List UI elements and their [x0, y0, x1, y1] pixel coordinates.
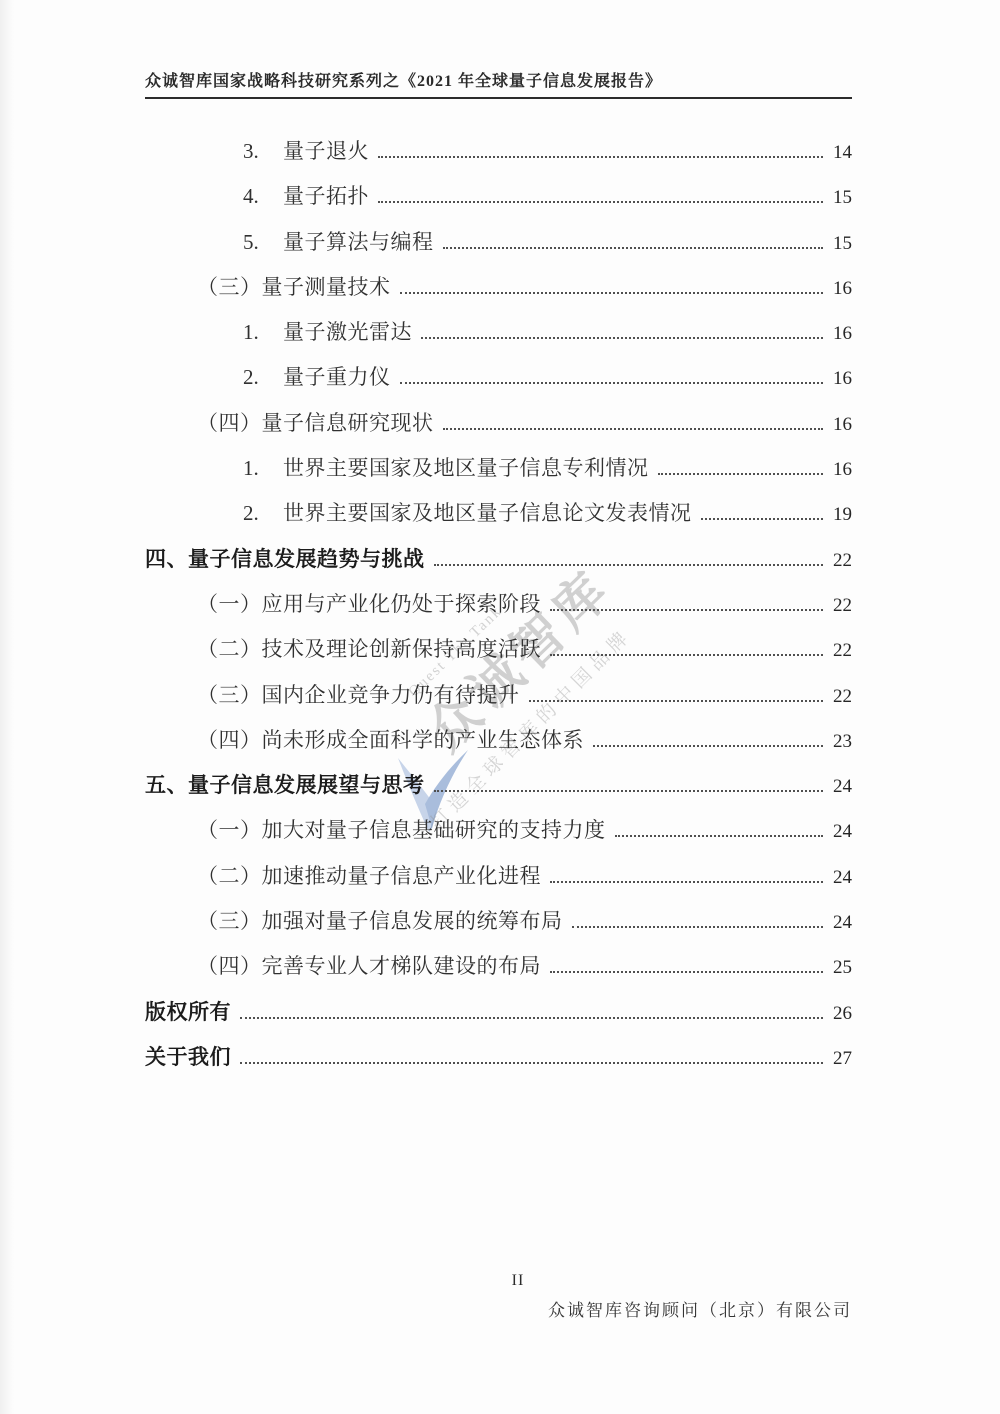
- toc-entry-page: 16: [826, 356, 852, 401]
- toc-entry-label: （四）完善专业人才梯队建设的布局: [197, 944, 541, 989]
- toc-leader-dots: [550, 881, 823, 883]
- toc-leader-dots: [421, 337, 823, 339]
- toc-entry-label: 量子重力仪: [283, 355, 391, 400]
- toc-entry: 五、量子信息发展展望与思考 24: [145, 763, 852, 808]
- toc-entry-page: 25: [826, 945, 852, 990]
- toc-entry-page: 23: [826, 719, 852, 764]
- toc-entry-number: 1.: [243, 446, 283, 491]
- toc-entry-page: 16: [826, 266, 852, 311]
- toc-entry-label: 世界主要国家及地区量子信息专利情况: [283, 446, 649, 491]
- page-header: 众诚智库国家战略科技研究系列之《2021 年全球量子信息发展报告》: [145, 68, 852, 99]
- toc-entry: 四、量子信息发展趋势与挑战 22: [145, 537, 852, 582]
- toc-leader-dots: [400, 382, 824, 384]
- toc-entry: （三）量子测量技术 16: [145, 265, 852, 310]
- toc-entry-label: 五、量子信息发展展望与思考: [145, 763, 425, 808]
- toc-leader-dots: [658, 473, 824, 475]
- toc-entry: 版权所有 26: [145, 990, 852, 1035]
- toc-leader-dots: [240, 1017, 823, 1019]
- toc-entry-number: 3.: [243, 129, 283, 174]
- toc-entry-number: 2.: [243, 355, 283, 400]
- toc-leader-dots: [443, 428, 824, 430]
- toc-entry: 1. 世界主要国家及地区量子信息专利情况 16: [145, 446, 852, 491]
- toc-entry-label: 量子算法与编程: [283, 220, 434, 265]
- toc-entry-page: 27: [826, 1036, 852, 1081]
- toc-entry-page: 24: [826, 900, 852, 945]
- toc-entry-number: 4.: [243, 174, 283, 219]
- toc-leader-dots: [701, 518, 824, 520]
- toc-entry-page: 14: [826, 130, 852, 175]
- toc-entry: 5. 量子算法与编程 15: [145, 220, 852, 265]
- toc-entry-label: （四）量子信息研究现状: [197, 401, 434, 446]
- toc-leader-dots: [378, 201, 823, 203]
- toc-entry-page: 16: [826, 402, 852, 447]
- toc-entry-label: （二）加速推动量子信息产业化进程: [197, 854, 541, 899]
- toc-entry-number: 5.: [243, 220, 283, 265]
- toc-entry-label: 版权所有: [145, 990, 231, 1035]
- toc-leader-dots: [434, 564, 824, 566]
- toc-entry-page: 15: [826, 175, 852, 220]
- toc-entry: 2. 世界主要国家及地区量子信息论文发表情况 19: [145, 491, 852, 536]
- toc-entry: （四）完善专业人才梯队建设的布局 25: [145, 944, 852, 989]
- toc-entry-label: （三）加强对量子信息发展的统筹布局: [197, 899, 563, 944]
- toc-leader-dots: [550, 654, 823, 656]
- toc-entry-label: （二）技术及理论创新保持高度活跃: [197, 627, 541, 672]
- toc-entry-page: 15: [826, 221, 852, 266]
- footer-company: 众诚智库咨询顾问（北京）有限公司: [548, 1296, 852, 1321]
- page-number: II: [0, 1272, 1000, 1290]
- toc-entry: （一）应用与产业化仍处于探索阶段 22: [145, 582, 852, 627]
- toc-entry-page: 22: [826, 628, 852, 673]
- table-of-contents: 3. 量子退火 14 4. 量子拓扑 15 5. 量子算法与编程 15 （三）量…: [145, 129, 852, 1080]
- toc-leader-dots: [593, 745, 823, 747]
- toc-entry-number: 1.: [243, 310, 283, 355]
- toc-entry-label: 四、量子信息发展趋势与挑战: [145, 537, 425, 582]
- toc-entry: （三）加强对量子信息发展的统筹布局 24: [145, 899, 852, 944]
- document-page: Quest The Tank 众诚智库 打造全球智库的中国品牌 众诚智库国家战略…: [0, 0, 1000, 1414]
- toc-leader-dots: [378, 156, 823, 158]
- toc-entry-label: （一）加大对量子信息基础研究的支持力度: [197, 808, 606, 853]
- toc-entry: （二）加速推动量子信息产业化进程 24: [145, 854, 852, 899]
- toc-entry-page: 16: [826, 447, 852, 492]
- toc-leader-dots: [240, 1062, 823, 1064]
- toc-entry-label: （三）国内企业竞争力仍有待提升: [197, 673, 520, 718]
- toc-leader-dots: [529, 700, 824, 702]
- toc-leader-dots: [550, 971, 823, 973]
- toc-entry-page: 24: [826, 855, 852, 900]
- toc-entry: （四）量子信息研究现状 16: [145, 401, 852, 446]
- toc-entry: （三）国内企业竞争力仍有待提升 22: [145, 673, 852, 718]
- toc-entry-page: 24: [826, 764, 852, 809]
- toc-leader-dots: [443, 247, 824, 249]
- toc-entry-page: 22: [826, 583, 852, 628]
- toc-entry: （二）技术及理论创新保持高度活跃 22: [145, 627, 852, 672]
- toc-entry-label: （三）量子测量技术: [197, 265, 391, 310]
- header-title: 众诚智库国家战略科技研究系列之《2021 年全球量子信息发展报告》: [145, 68, 852, 91]
- header-rule: [145, 97, 852, 99]
- toc-entry-page: 16: [826, 311, 852, 356]
- toc-leader-dots: [615, 835, 824, 837]
- toc-entry: （四）尚未形成全面科学的产业生态体系 23: [145, 718, 852, 763]
- scan-edge-shading: [0, 0, 14, 1414]
- toc-entry-label: 世界主要国家及地区量子信息论文发表情况: [283, 491, 692, 536]
- toc-entry-label: 量子激光雷达: [283, 310, 412, 355]
- toc-entry: 2. 量子重力仪 16: [145, 355, 852, 400]
- toc-entry: 3. 量子退火 14: [145, 129, 852, 174]
- toc-entry-page: 19: [826, 492, 852, 537]
- toc-entry-label: （四）尚未形成全面科学的产业生态体系: [197, 718, 584, 763]
- toc-leader-dots: [550, 609, 823, 611]
- toc-entry-label: （一）应用与产业化仍处于探索阶段: [197, 582, 541, 627]
- toc-entry-page: 22: [826, 538, 852, 583]
- toc-entry: 1. 量子激光雷达 16: [145, 310, 852, 355]
- toc-entry-number: 2.: [243, 491, 283, 536]
- toc-leader-dots: [434, 790, 824, 792]
- toc-entry-page: 26: [826, 991, 852, 1036]
- toc-entry: 关于我们 27: [145, 1035, 852, 1080]
- toc-entry-page: 24: [826, 809, 852, 854]
- toc-entry-label: 量子拓扑: [283, 174, 369, 219]
- toc-entry-page: 22: [826, 674, 852, 719]
- toc-entry-label: 关于我们: [145, 1035, 231, 1080]
- toc-entry: （一）加大对量子信息基础研究的支持力度 24: [145, 808, 852, 853]
- toc-leader-dots: [572, 926, 824, 928]
- toc-entry: 4. 量子拓扑 15: [145, 174, 852, 219]
- toc-entry-label: 量子退火: [283, 129, 369, 174]
- toc-leader-dots: [400, 292, 824, 294]
